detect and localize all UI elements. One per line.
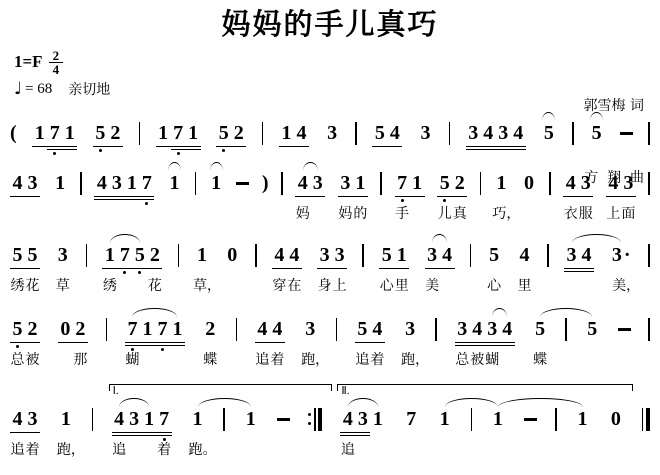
note-digit: 4: [343, 408, 353, 430]
note: 3: [355, 408, 370, 430]
note: 5: [372, 122, 387, 144]
note-digit: 5: [13, 244, 23, 266]
beam-underline: [481, 149, 496, 151]
beam-underline: [94, 196, 109, 198]
note: 5: [379, 244, 394, 266]
barline: [195, 172, 197, 195]
score-line: 431431711)43317152104343妈妈的手儿真巧，衣服上面: [10, 160, 650, 228]
note: 1: [32, 122, 47, 144]
note: 4: [517, 244, 532, 266]
note-digit: 2: [234, 122, 244, 144]
note-digit: 3: [457, 318, 467, 340]
note-digit: 1: [169, 172, 179, 194]
beam-underline: [112, 432, 127, 434]
beam-underline: [564, 271, 579, 273]
beam-underline: [216, 146, 231, 148]
note: 1: [494, 172, 509, 194]
note-digit: 1: [373, 408, 383, 430]
beam-underline: [481, 146, 496, 148]
note: 3: [55, 244, 70, 266]
note: 3: [621, 172, 636, 194]
note-digit: 0: [60, 318, 70, 340]
note: 4: [606, 172, 621, 194]
note-digit: 4: [483, 122, 493, 144]
note-group: 3·: [609, 244, 633, 266]
note: 4: [579, 244, 594, 266]
beam-underline: [157, 432, 172, 434]
note: 7: [117, 244, 132, 266]
note-group: 44: [272, 244, 302, 266]
note-group: 43: [295, 172, 325, 194]
lyric: 面: [621, 203, 635, 223]
notation-area: (1715217152143543343455431431711)4331715…: [10, 108, 650, 468]
note: 5: [589, 122, 604, 144]
note: 2: [73, 318, 88, 340]
note-digit: 5: [440, 172, 450, 194]
note-digit: 1: [246, 408, 256, 430]
note: 5: [10, 318, 25, 340]
beam-underline: [62, 146, 77, 148]
note-digit: 1: [355, 172, 365, 194]
note-digit: 3: [421, 122, 431, 144]
note-digit: 5: [219, 122, 229, 144]
lyric: 跑。: [189, 439, 217, 459]
lyric: 着: [270, 349, 284, 369]
note-group: 4317: [94, 172, 154, 194]
barline: [355, 122, 357, 145]
note-group: 52: [10, 318, 40, 340]
note: 1: [490, 408, 505, 430]
note: 2: [147, 244, 162, 266]
note-group: 3434: [466, 122, 526, 144]
note: 3: [418, 122, 433, 144]
score-line: 5531752104433513454343·绣花草绣花草，穿在身上心里美心里美…: [10, 232, 650, 300]
note-digit: 1: [65, 122, 75, 144]
lyric: 妈: [338, 203, 352, 223]
note-group: 3: [325, 122, 340, 144]
note-digit: 4: [298, 172, 308, 194]
beam-underline: [466, 149, 481, 151]
beam-underline: [340, 435, 355, 437]
note-digit: 7: [157, 318, 167, 340]
barline: [362, 244, 364, 267]
note: 4: [370, 318, 385, 340]
note-digit: 1: [578, 408, 588, 430]
beam-underline: [124, 199, 139, 201]
lyric: 蝶: [203, 349, 217, 369]
note-digit: 5: [13, 318, 23, 340]
lyric: 被: [26, 349, 40, 369]
beam-underline: [579, 268, 594, 270]
expression-marking: 亲切地: [68, 79, 110, 99]
note-digit: 4: [13, 408, 23, 430]
note: 3: [578, 172, 593, 194]
note: 4: [294, 122, 309, 144]
duration-dash: [618, 328, 631, 331]
note: 4: [511, 122, 526, 144]
barline: [648, 122, 650, 145]
lyric: 里: [395, 275, 409, 295]
note: 0: [608, 408, 623, 430]
beam-underline: [171, 149, 186, 151]
note-digit: 4: [582, 244, 592, 266]
beam-underline: [452, 196, 467, 198]
beam-underline: [485, 342, 500, 344]
note: 7: [395, 172, 410, 194]
beam-underline: [606, 196, 621, 198]
low-octave-dot: [99, 149, 102, 152]
note: 1: [437, 408, 452, 430]
lyric: 穿: [272, 275, 286, 295]
note-group: 43: [10, 408, 40, 430]
note: 4: [10, 172, 25, 194]
beam-underline: [578, 196, 593, 198]
note-group: 34: [425, 244, 455, 266]
note-group: 1: [58, 408, 73, 430]
note: 1: [53, 172, 68, 194]
note-digit: 3: [340, 172, 350, 194]
note: 1: [394, 244, 409, 266]
note-group: 0: [225, 244, 240, 266]
note: 5: [533, 318, 548, 340]
beam-underline: [496, 146, 511, 148]
note: 7: [155, 318, 170, 340]
note: 3: [466, 122, 481, 144]
beam-underline: [272, 268, 287, 270]
beam-underline: [102, 268, 117, 270]
repeat-end-barline: [308, 408, 322, 431]
note-digit: 3: [612, 244, 622, 266]
note: 3·: [609, 244, 633, 266]
lyric: 草，: [193, 275, 221, 295]
beam-underline: [500, 342, 515, 344]
note-digit: 5: [489, 244, 499, 266]
barline: [549, 172, 551, 195]
note: 1: [353, 172, 368, 194]
note-digit: 3: [468, 122, 478, 144]
low-octave-dot: [53, 152, 56, 155]
beam-underline: [564, 268, 579, 270]
note-digit: 1: [61, 408, 71, 430]
beam-underline: [127, 435, 142, 437]
note: 1: [243, 408, 258, 430]
note-digit: 1: [35, 122, 45, 144]
lyric: 追: [112, 439, 126, 459]
note-digit: 1: [282, 122, 292, 144]
note: 1: [140, 318, 155, 340]
barline: [648, 318, 650, 341]
note: 3: [317, 244, 332, 266]
note: 4: [270, 318, 285, 340]
note: 5: [132, 244, 147, 266]
slur-tie-arc: [432, 234, 447, 243]
parenthesis: (: [10, 122, 17, 144]
note-group: 51: [379, 244, 409, 266]
note-digit: 2: [110, 122, 120, 144]
volta-label: Ⅰ.: [113, 386, 119, 397]
note-digit: 1: [142, 318, 152, 340]
note: 1: [62, 122, 77, 144]
lyric: 追: [355, 349, 369, 369]
note-digit: 4: [442, 244, 452, 266]
note-digit: 4: [274, 244, 284, 266]
note-digit: 3: [320, 244, 330, 266]
beam-underline: [338, 196, 353, 198]
note-group: 3434: [455, 318, 515, 340]
note-digit: 3: [313, 172, 323, 194]
score-line: (1715217152143543343455: [10, 108, 650, 156]
note: 1: [102, 244, 117, 266]
beam-underline: [117, 268, 132, 270]
note-digit: 7: [159, 408, 169, 430]
lyric: 追: [255, 349, 269, 369]
note-digit: 1: [412, 172, 422, 194]
beam-underline: [127, 432, 142, 434]
note: 3: [310, 172, 325, 194]
note-group: 1: [437, 408, 452, 430]
beam-underline: [108, 146, 123, 148]
beam-underline: [62, 149, 77, 151]
note: 4: [255, 318, 270, 340]
beam-underline: [270, 342, 285, 344]
note-digit: 7: [127, 318, 137, 340]
beam-underline: [132, 268, 147, 270]
lyric: 蝴: [485, 349, 499, 369]
slur-tie-arc: [198, 398, 251, 407]
barline: [262, 122, 264, 145]
note-group: 34: [564, 244, 594, 266]
note-digit: 1: [197, 244, 207, 266]
note-group: 14: [279, 122, 309, 144]
note-digit: 3: [567, 244, 577, 266]
barline: [572, 122, 574, 145]
note-digit: 0: [227, 244, 237, 266]
key-signature: 1=F: [14, 52, 43, 72]
note: 4: [340, 408, 355, 430]
note-digit: 5: [535, 318, 545, 340]
low-octave-dot: [443, 199, 446, 202]
beam-underline: [10, 268, 25, 270]
time-signature-numerator: 2: [49, 49, 64, 62]
beam-underline: [170, 342, 185, 344]
note-group: 1: [194, 244, 209, 266]
note-digit: 1: [158, 122, 168, 144]
note: 4: [10, 408, 25, 430]
barline: [471, 408, 473, 431]
slur-tie-arc: [110, 234, 140, 243]
barline: [435, 318, 437, 341]
note-group: 1: [190, 408, 205, 430]
beam-underline: [47, 149, 62, 151]
beam-underline: [25, 342, 40, 344]
beam-underline: [279, 146, 294, 148]
note-digit: 7: [120, 244, 130, 266]
lyric: 的: [353, 203, 367, 223]
slur-tie-arc: [119, 398, 149, 407]
note-digit: 3: [427, 244, 437, 266]
note-digit: 5: [95, 122, 105, 144]
note-digit: 5: [382, 244, 392, 266]
barline: [380, 172, 382, 195]
beam-underline: [395, 196, 410, 198]
note-group: 1: [243, 408, 258, 430]
slur-tie-arc: [210, 162, 223, 171]
beam-underline: [10, 196, 25, 198]
note-digit: 3: [405, 318, 415, 340]
note-group: 1: [167, 172, 182, 194]
note-digit: 7: [173, 122, 183, 144]
note: 1: [279, 122, 294, 144]
beam-underline: [394, 268, 409, 270]
beam-underline: [94, 199, 109, 201]
low-octave-dot: [161, 348, 164, 351]
note: 2: [231, 122, 246, 144]
note-digit: 5: [28, 244, 38, 266]
lyric: 总: [11, 349, 25, 369]
beam-underline: [10, 432, 25, 434]
low-octave-dot: [138, 271, 141, 274]
note: 4: [470, 318, 485, 340]
note-digit: 5: [544, 122, 554, 144]
note-group: 7: [404, 408, 419, 430]
note-digit: 7: [50, 122, 60, 144]
beam-underline: [355, 435, 370, 437]
note-group: 31: [338, 172, 368, 194]
note-group: 3: [55, 244, 70, 266]
note: 3: [338, 172, 353, 194]
note-group: 5: [585, 318, 600, 340]
note: 3: [303, 318, 318, 340]
notes-row: 43143171143171110: [10, 408, 650, 431]
beam-underline: [287, 268, 302, 270]
lyric: 美: [425, 275, 439, 295]
note: 4: [481, 122, 496, 144]
parenthesis: ): [262, 172, 269, 194]
beam-underline: [511, 146, 526, 148]
song-title: 妈妈的手儿真巧: [10, 4, 650, 44]
beam-underline: [231, 146, 246, 148]
duration-dash: [277, 418, 290, 421]
lyric: 身: [318, 275, 332, 295]
beam-underline: [155, 342, 170, 344]
note: 5: [487, 244, 502, 266]
note-group: 1: [494, 172, 509, 194]
note: 7: [404, 408, 419, 430]
beam-underline: [171, 146, 186, 148]
note: 1: [142, 408, 157, 430]
note: 0: [225, 244, 240, 266]
note: 5: [25, 244, 40, 266]
lyric: 心: [487, 275, 501, 295]
note-digit: 4: [297, 122, 307, 144]
note-digit: 3: [335, 244, 345, 266]
beam-underline: [170, 345, 185, 347]
beam-underline: [294, 146, 309, 148]
note-digit: 1: [188, 122, 198, 144]
lyric: 真: [453, 203, 467, 223]
note: 3: [25, 172, 40, 194]
lyric: 绣: [11, 275, 25, 295]
beam-underline: [139, 199, 154, 201]
beam-underline: [496, 149, 511, 151]
beam-underline: [353, 196, 368, 198]
beam-underline: [93, 146, 108, 148]
note-digit: 1: [127, 172, 137, 194]
note-digit: 1: [440, 408, 450, 430]
note-group: 52: [93, 122, 123, 144]
note-digit: 1: [211, 172, 221, 194]
note-group: 1: [209, 172, 224, 194]
key-signature-row: 1=F 2 4: [14, 46, 110, 78]
note: 7: [47, 122, 62, 144]
note-digit: 4: [114, 408, 124, 430]
beam-underline: [155, 345, 170, 347]
volta-bracket: Ⅰ.: [109, 384, 332, 391]
slur-tie-arc: [445, 398, 498, 407]
note-digit: 4: [513, 122, 523, 144]
lyric: 跑，: [301, 349, 329, 369]
note-digit: 2: [455, 172, 465, 194]
beam-underline: [379, 268, 394, 270]
note: 4: [563, 172, 578, 194]
note: 2: [108, 122, 123, 144]
beam-underline: [157, 435, 172, 437]
note: 3: [496, 122, 511, 144]
note: 1: [186, 122, 201, 144]
beam-underline: [563, 196, 578, 198]
low-octave-dot: [145, 202, 148, 205]
note-digit: 3: [327, 122, 337, 144]
note: 3: [25, 408, 40, 430]
note-digit: 1: [397, 244, 407, 266]
lyric: 上: [333, 275, 347, 295]
note: 4: [387, 122, 402, 144]
time-signature: 2 4: [49, 49, 64, 76]
time-signature-denominator: 4: [49, 62, 64, 76]
note-group: 2: [203, 318, 218, 340]
note-group: 44: [255, 318, 285, 340]
note-digit: 1: [496, 172, 506, 194]
beam-underline: [387, 146, 402, 148]
quarter-note-icon: ♩: [14, 79, 22, 99]
barline: [555, 408, 557, 431]
beam-underline: [10, 342, 25, 344]
beam-underline: [112, 435, 127, 437]
slur-tie-arc: [498, 398, 583, 407]
lyric: 总: [455, 349, 469, 369]
lyric: 着: [157, 439, 171, 459]
slur-tie-arc: [348, 398, 378, 407]
note-digit: 4: [608, 172, 618, 194]
note: 5: [541, 122, 556, 144]
note-group: 0: [608, 408, 623, 430]
slur-tie-arc: [572, 234, 622, 243]
note-digit: 1: [172, 318, 182, 340]
beam-underline: [142, 432, 157, 434]
barline: [80, 172, 82, 195]
slur-tie-arc: [590, 112, 603, 121]
note-digit: 4: [272, 318, 282, 340]
note-digit: 2: [150, 244, 160, 266]
note-digit: 3: [305, 318, 315, 340]
barline: [480, 172, 482, 195]
note: 3: [403, 318, 418, 340]
lyric: 追: [341, 439, 355, 459]
low-octave-dot: [222, 149, 225, 152]
score-line: 520271712443543343455总被那蝴蝶追着跑，追着跑，总被蝴蝶: [10, 304, 650, 376]
note: 7: [171, 122, 186, 144]
beam-underline: [470, 345, 485, 347]
